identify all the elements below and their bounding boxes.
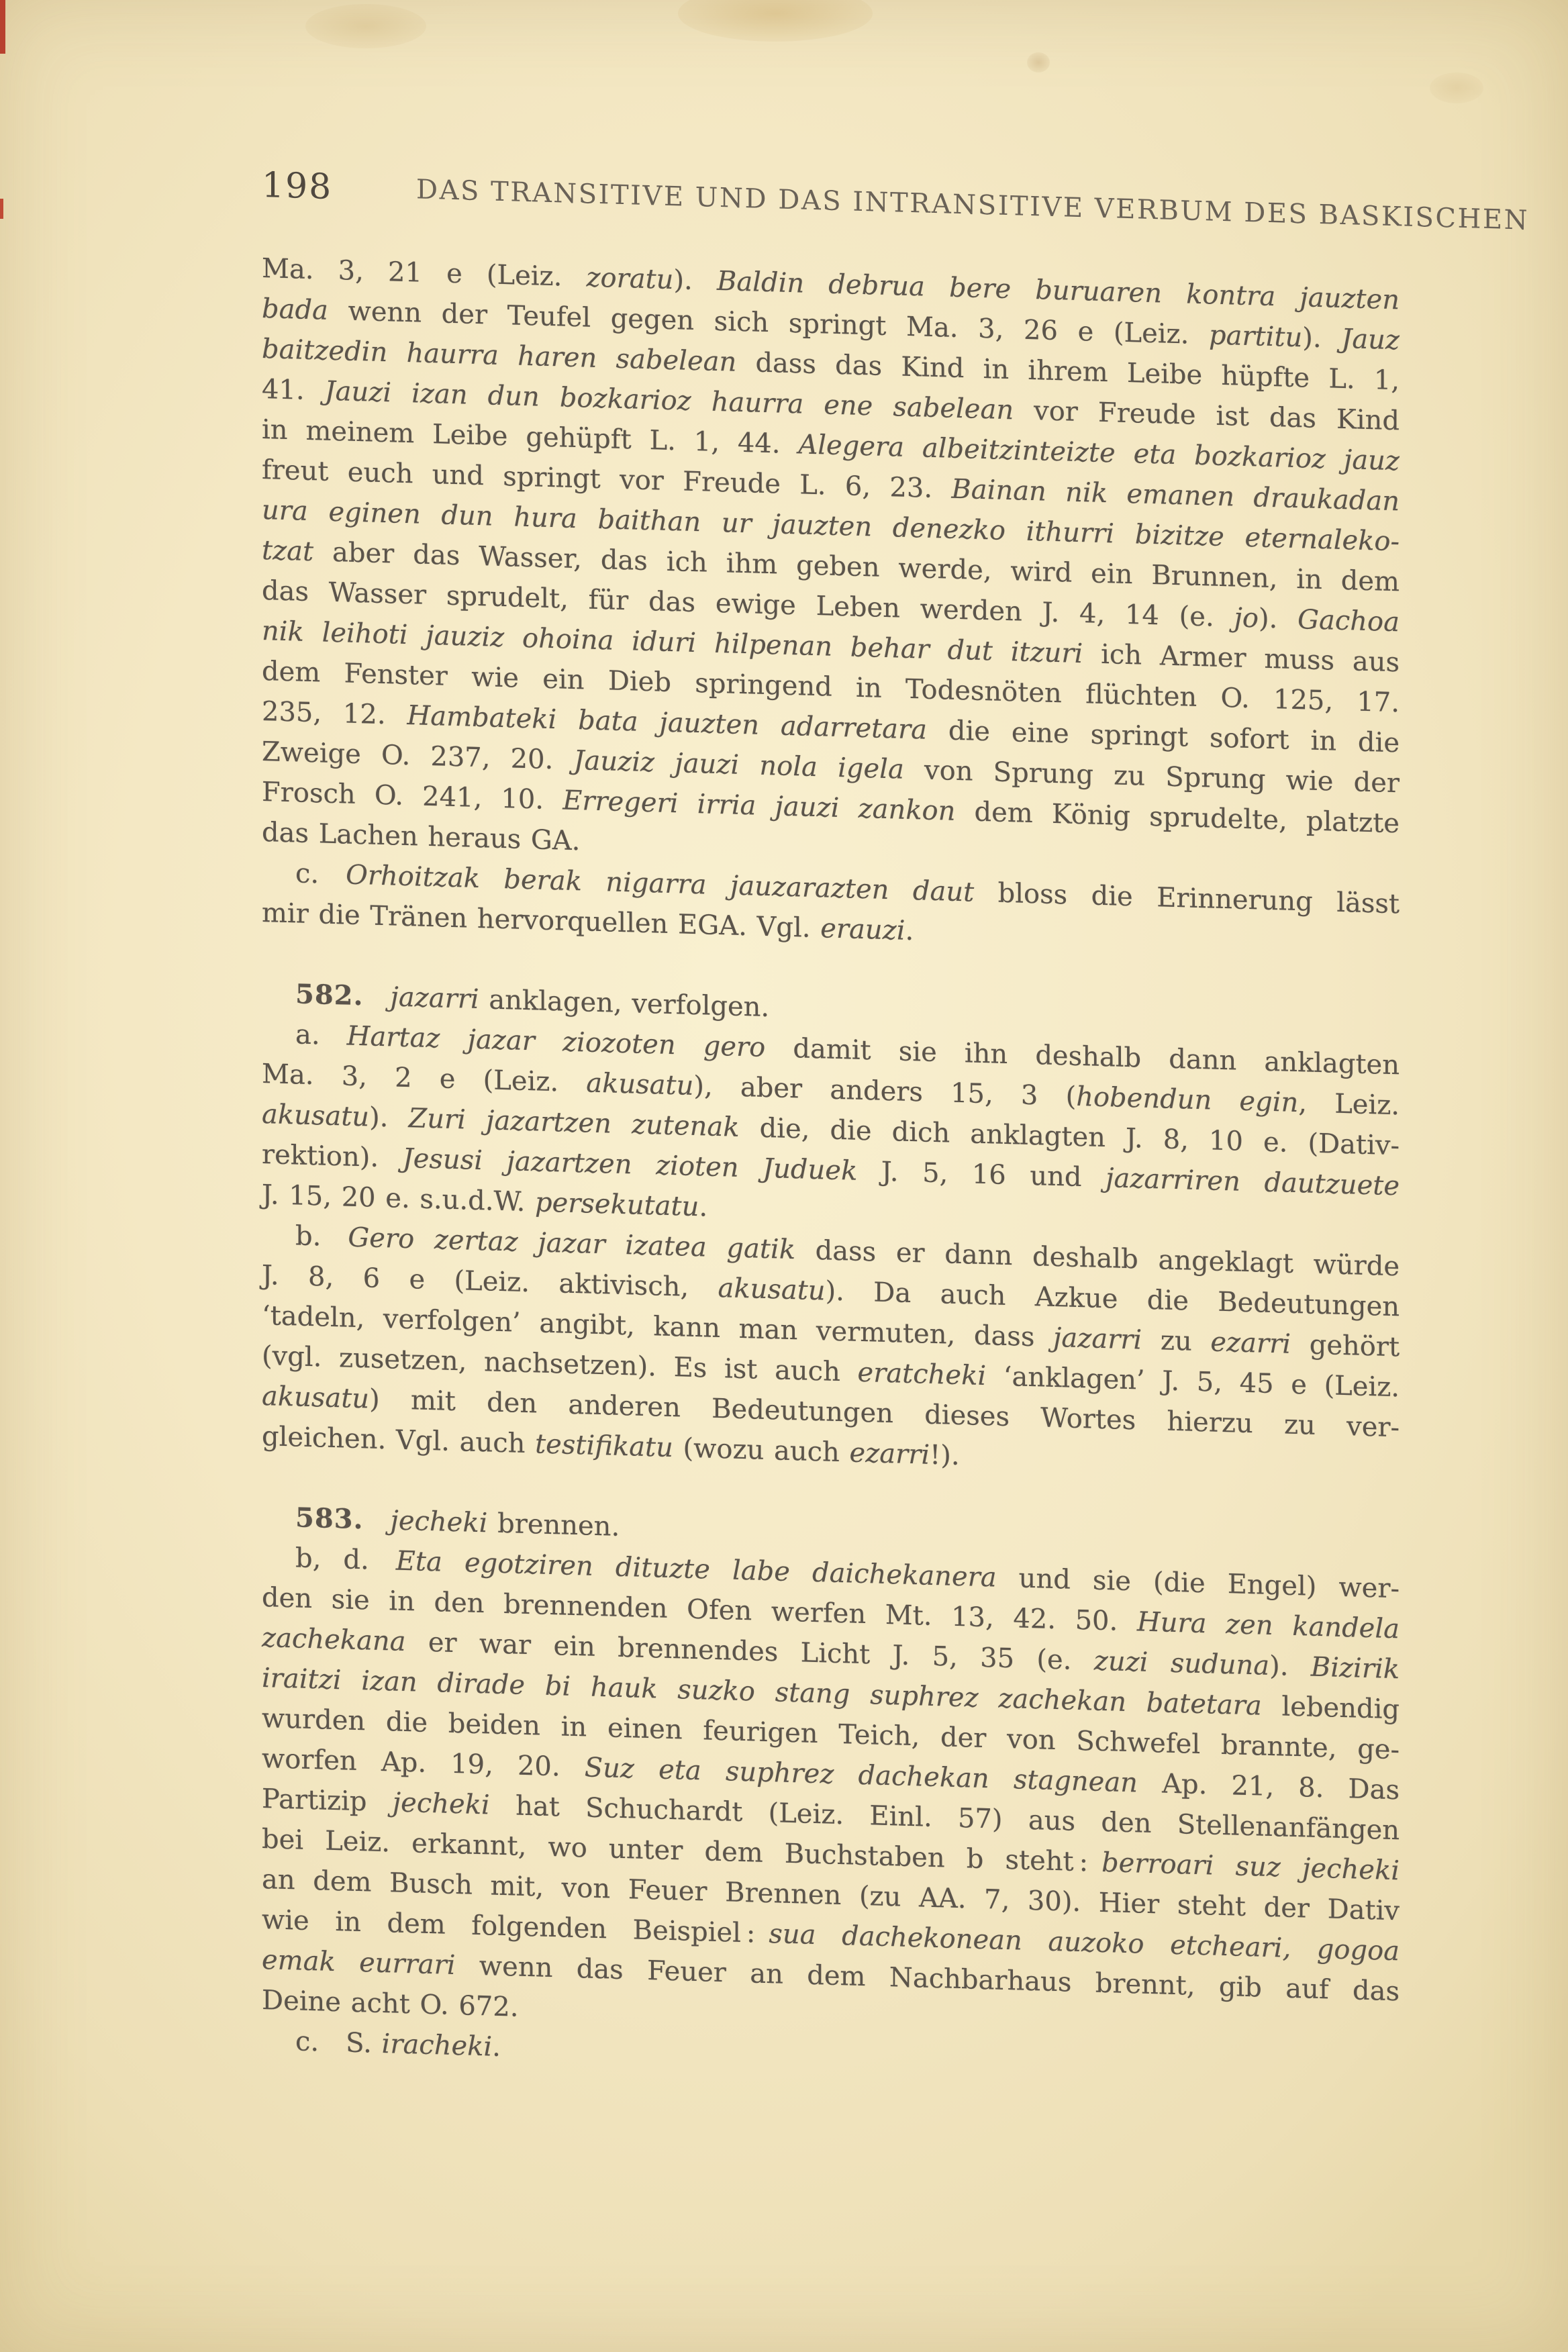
section-number: 582. [295, 978, 363, 1012]
red-edge-mark [0, 0, 5, 54]
text-run: ‘anklagen’ J. 5, 45 e (Leiz. [986, 1361, 1400, 1403]
basque-italic-run: Erregeri irria jauzi zankon [562, 785, 955, 827]
basque-italic-run: zachekana [262, 1622, 405, 1657]
basque-italic-run: zuzi suduna [1094, 1646, 1269, 1681]
paragraph-b: b. Gero zertaz jazar izatea gatik dass e… [262, 1215, 1400, 1488]
basque-italic-run: hobendun egin [1076, 1081, 1298, 1118]
text-run: Zweige O. 237, 20. [262, 736, 573, 776]
text-run: c. [295, 858, 346, 890]
paper-stain [678, 0, 873, 42]
text-run: anklagen, verfolgen. [479, 984, 770, 1023]
basque-italic-run: eratcheki [858, 1357, 987, 1391]
text-run: gehört [1291, 1329, 1400, 1363]
text-run: . [699, 1191, 707, 1222]
text-run [363, 981, 390, 1012]
basque-italic-run: jecheki [390, 1505, 487, 1538]
paragraph-b-d: b, d. Eta egotziren dituzte labe daichek… [262, 1537, 1400, 2052]
text-run: Ma. 3, 2 e (Leiz. [262, 1059, 586, 1098]
basque-italic-run: akusatu [262, 1381, 369, 1414]
text-run: ). [673, 264, 716, 297]
basque-italic-run: Jauz [1341, 324, 1400, 356]
section-number: 583. [295, 1502, 363, 1535]
text-run: a. [295, 1019, 347, 1051]
basque-italic-run: jo [1234, 602, 1258, 634]
basque-italic-run: persekutatu [535, 1187, 699, 1222]
paper-stain [1027, 52, 1050, 72]
text-run: J. 15, 20 e. s.u.d.W. [262, 1179, 535, 1218]
text-run: ), aber anders 15, 3 ( [693, 1071, 1076, 1112]
text-run: Ap. 21, 8. Das [1138, 1767, 1400, 1806]
page-number: 198 [262, 168, 332, 205]
opening-paragraph: Ma. 3, 21 e (Leiz. zoratu). Baldin debru… [262, 248, 1400, 884]
text-run: (wozu auch [673, 1432, 850, 1468]
text-run: Deine acht O. 672. [262, 1985, 518, 2023]
text-run: !). [930, 1440, 959, 1471]
text-run: Frosch O. 241, 10. [262, 777, 562, 816]
basque-italic-run: akusatu [586, 1067, 693, 1101]
text-run: b. [295, 1220, 348, 1253]
text-run: vor Freude ist das Kind [1014, 395, 1400, 436]
basque-italic-run: bada [262, 293, 328, 326]
paragraph-a: a. Hartaz jazar ziozoten gero damit sie … [262, 1014, 1400, 1246]
red-edge-mark-small [0, 199, 3, 219]
text-run: . [492, 2032, 501, 2063]
basque-italic-run: Hura zen kandela [1137, 1606, 1400, 1645]
basque-italic-run: jecheki [393, 1787, 490, 1820]
text-run: dem König sprudelte, platzte [955, 796, 1400, 839]
page-header: 198 DAS TRANSITIVE UND DAS INTRANSITIVE … [262, 168, 1400, 199]
text-run: b, d. [295, 1542, 396, 1576]
page-body: Ma. 3, 21 e (Leiz. zoratu). Baldin debru… [262, 248, 1400, 2092]
text-run: ). [369, 1101, 408, 1134]
text-run: das Lachen heraus GA. [262, 817, 580, 856]
text-run: Partizip [262, 1783, 393, 1818]
text-run: und sie (die Engel) wer- [997, 1563, 1400, 1605]
basque-italic-run: Hartaz jazar ziozoten gero [347, 1021, 766, 1063]
basque-italic-run: erauzi [820, 913, 905, 946]
text-run: lebendig [1262, 1691, 1400, 1726]
basque-italic-run: akusatu [718, 1273, 826, 1306]
basque-italic-run: Gachoa [1297, 604, 1400, 638]
basque-italic-run: akusatu [262, 1099, 369, 1132]
text-run: 235, 12. [262, 696, 407, 731]
text-run [363, 1504, 390, 1536]
text-run: ). [1302, 322, 1341, 354]
running-header: DAS TRANSITIVE UND DAS INTRANSITIVE VERB… [416, 176, 1529, 234]
text-run: bloss die Erinnerung lässt [974, 877, 1400, 920]
text-run: gleichen. Vgl. auch [262, 1421, 535, 1459]
text-run: brennen. [487, 1508, 620, 1542]
basque-italic-run: iracheki [382, 2028, 493, 2063]
basque-italic-run: Jauziz jauzi nola igela [573, 745, 903, 785]
text-run: , Leiz. [1298, 1087, 1400, 1121]
paper-stain [305, 4, 426, 48]
text-run: 41. [262, 374, 325, 407]
text-run: zu [1142, 1325, 1210, 1358]
basque-italic-run: testifikatu [535, 1428, 673, 1463]
text-run: worfen Ap. 19, 20. [262, 1743, 585, 1783]
basque-italic-run: berroari suz jecheki [1101, 1847, 1400, 1886]
text-run: ). [1259, 603, 1297, 635]
basque-italic-run: tzat [262, 535, 313, 567]
paper-stain [1430, 72, 1483, 103]
basque-italic-run: jazarri [1053, 1322, 1142, 1356]
text-run: J. 5, 16 und [857, 1156, 1106, 1193]
basque-italic-run: ezarri [850, 1437, 930, 1470]
text-run: rektion). [262, 1139, 403, 1174]
page-content: 198 DAS TRANSITIVE UND DAS INTRANSITIVE … [262, 168, 1400, 2092]
book-page-scan: 198 DAS TRANSITIVE UND DAS INTRANSITIVE … [0, 0, 1568, 2352]
basque-italic-run: partitu [1209, 320, 1302, 353]
basque-italic-run: ezarri [1210, 1326, 1291, 1359]
basque-italic-run: jazarriren dautzuete [1106, 1163, 1400, 1202]
basque-italic-run: emak eurrari [262, 1945, 456, 1981]
basque-italic-run: Bizirik [1311, 1652, 1400, 1685]
text-run: . [905, 916, 914, 946]
text-run: ich Armer muss aus [1083, 638, 1400, 678]
text-run: ). [1269, 1651, 1311, 1683]
basque-italic-run: zoratu [586, 262, 673, 296]
text-run: Ma. 3, 21 e (Leiz. [262, 253, 586, 293]
text-run: c. S. [295, 2026, 382, 2059]
basque-italic-run: jazarri [390, 981, 479, 1015]
basque-italic-run: Zuri jazartzen zutenak [408, 1103, 739, 1143]
